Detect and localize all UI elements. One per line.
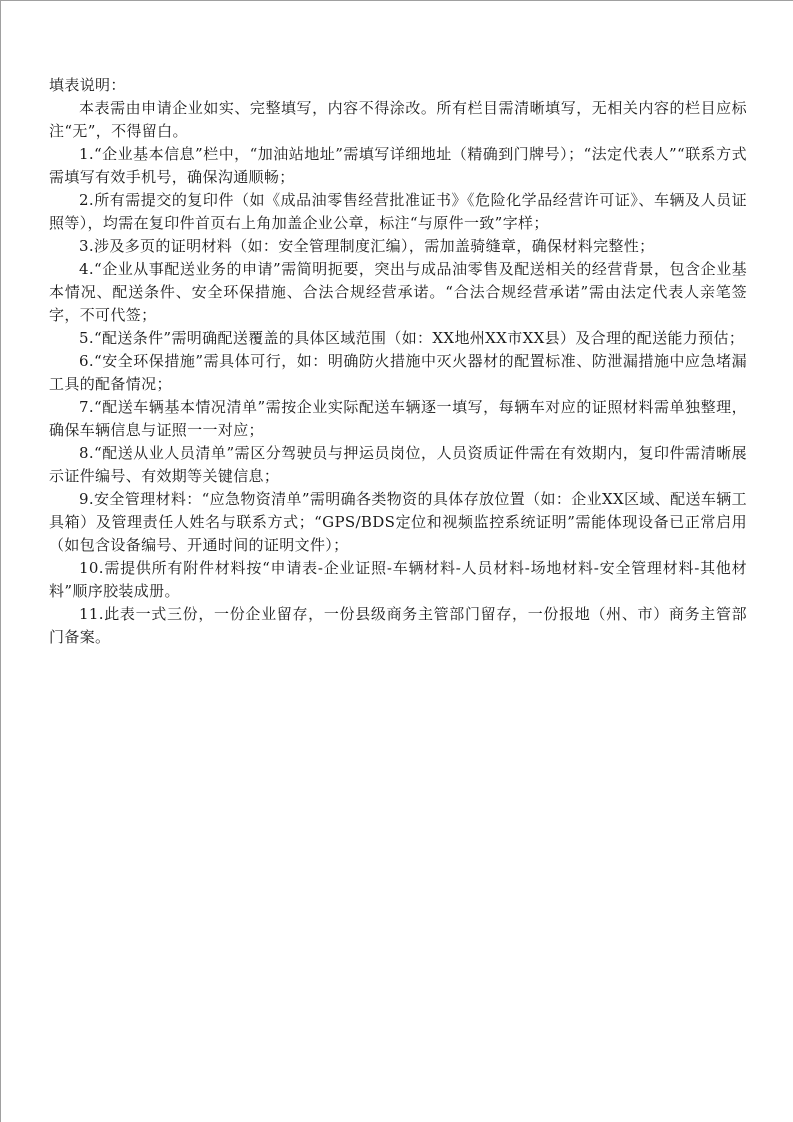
instructions-intro: 本表需由申请企业如实、完整填写，内容不得涂改。所有栏目需清晰填写，无相关内容的栏… xyxy=(49,97,747,143)
instruction-item-7: 7.“配送车辆基本情况清单”需按企业实际配送车辆逐一填写，每辆车对应的证照材料需… xyxy=(49,396,747,442)
instruction-item-4: 4.“企业从事配送业务的申请”需简明扼要，突出与成品油零售及配送相关的经营背景，… xyxy=(49,258,747,327)
instructions-body: 填表说明： 本表需由申请企业如实、完整填写，内容不得涂改。所有栏目需清晰填写，无… xyxy=(49,74,747,649)
instruction-item-5: 5.“配送条件”需明确配送覆盖的具体区域范围（如：XX地州XX市XX县）及合理的… xyxy=(49,327,747,350)
instruction-item-11: 11.此表一式三份，一份企业留存，一份县级商务主管部门留存，一份报地（州、市）商… xyxy=(49,603,747,649)
instruction-item-10: 10.需提供所有附件材料按“申请表-企业证照-车辆材料-人员材料-场地材料-安全… xyxy=(49,557,747,603)
document-page: 填表说明： 本表需由申请企业如实、完整填写，内容不得涂改。所有栏目需清晰填写，无… xyxy=(0,0,793,1122)
instruction-item-2: 2.所有需提交的复印件（如《成品油零售经营批准证书》《危险化学品经营许可证》、车… xyxy=(49,189,747,235)
instruction-item-6: 6.“安全环保措施”需具体可行，如：明确防火措施中灭火器材的配置标准、防泄漏措施… xyxy=(49,350,747,396)
instruction-item-8: 8.“配送从业人员清单”需区分驾驶员与押运员岗位，人员资质证件需在有效期内，复印… xyxy=(49,442,747,488)
instruction-item-1: 1.“企业基本信息”栏中，“加油站地址”需填写详细地址（精确到门牌号）；“法定代… xyxy=(49,143,747,189)
instruction-item-3: 3.涉及多页的证明材料（如：安全管理制度汇编），需加盖骑缝章，确保材料完整性； xyxy=(49,235,747,258)
instruction-item-9: 9.安全管理材料：“应急物资清单”需明确各类物资的具体存放位置（如：企业XX区域… xyxy=(49,488,747,557)
instructions-heading: 填表说明： xyxy=(49,74,747,97)
